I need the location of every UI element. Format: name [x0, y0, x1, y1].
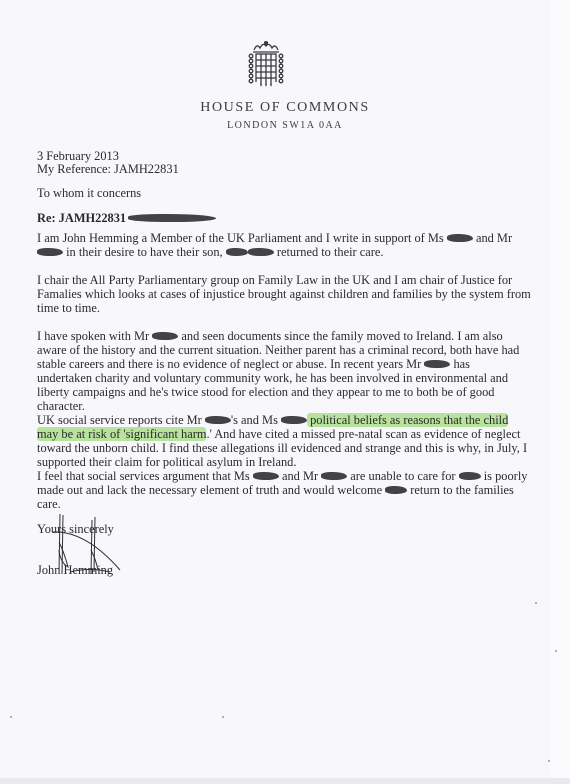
subject-reference: Re: JAMH22831 — [37, 211, 126, 225]
text-run: aware of the history and the current sit… — [37, 343, 519, 357]
letter-line: I am John Hemming a Member of the UK Par… — [37, 231, 512, 245]
redacted-name — [459, 472, 481, 480]
highlighted-text: may be at risk of 'significant harm — [37, 427, 206, 441]
text-run: liberty campaigns and he's twice stood f… — [37, 385, 494, 399]
text-run: supported their claim for political asyl… — [37, 455, 296, 469]
letter-line: UK social service reports cite Mr 's and… — [37, 413, 508, 427]
text-run: and Mr — [473, 231, 512, 245]
salutation: To whom it concerns — [37, 186, 141, 200]
scan-speck — [535, 602, 537, 604]
scan-speck — [10, 716, 12, 718]
text-run: character. — [37, 399, 85, 413]
letter-line: supported their claim for political asyl… — [37, 455, 296, 469]
portcullis-icon — [247, 40, 285, 88]
letter-line: may be at risk of 'significant harm.' An… — [37, 427, 520, 441]
scan-speck — [222, 716, 224, 718]
page-edge-right — [550, 0, 570, 784]
redacted-name — [253, 472, 279, 480]
text-run: and seen documents since the family move… — [178, 329, 502, 343]
text-run: in their desire to have their son, — [63, 245, 226, 259]
text-run: .' And have cited a missed pre-natal sca… — [206, 427, 520, 441]
redacted-name — [248, 248, 274, 256]
text-run: is poorly — [481, 469, 528, 483]
text-run: and Mr — [279, 469, 321, 483]
letter-line: in their desire to have their son, retur… — [37, 245, 384, 259]
text-run: returned to their care. — [274, 245, 384, 259]
redacted-name — [385, 486, 407, 494]
letter-line: stable careers and there is no evidence … — [37, 357, 470, 371]
text-run: I feel that social services argument tha… — [37, 469, 253, 483]
redacted-name — [37, 248, 63, 256]
redacted-name — [226, 248, 248, 256]
redacted-name — [424, 360, 450, 368]
text-run: Famalies which looks at cases of injusti… — [37, 287, 531, 301]
reference-number: My Reference: JAMH22831 — [37, 162, 179, 176]
letter-line: aware of the history and the current sit… — [37, 343, 519, 357]
text-run: UK social service reports cite Mr — [37, 413, 205, 427]
highlighted-text: political beliefs as reasons that the ch… — [307, 413, 508, 427]
text-run: 's and Ms — [231, 413, 281, 427]
text-run: I am John Hemming a Member of the UK Par… — [37, 231, 447, 245]
letter-line: character. — [37, 399, 85, 413]
text-run: made out and lack the necessary element … — [37, 483, 385, 497]
redacted-name — [321, 472, 347, 480]
letter-line: toward the unborn child. I find these al… — [37, 441, 527, 455]
organisation-name: HOUSE OF COMMONS — [0, 100, 570, 116]
letter-line: Famalies which looks at cases of injusti… — [37, 287, 531, 301]
text-run: care. — [37, 497, 61, 511]
text-run: I chair the All Party Parliamentary grou… — [37, 273, 512, 287]
text-run: I have spoken with Mr — [37, 329, 152, 343]
letter-line: time to time. — [37, 301, 100, 315]
text-run: return to the families — [407, 483, 514, 497]
letter-line: I chair the All Party Parliamentary grou… — [37, 273, 512, 287]
signature-scribble — [50, 512, 125, 582]
redacted-name — [152, 332, 178, 340]
redacted-name — [205, 416, 231, 424]
scan-speck — [548, 760, 550, 762]
text-run: toward the unborn child. I find these al… — [37, 441, 527, 455]
letter-line: care. — [37, 497, 61, 511]
redacted-subject-name — [128, 214, 216, 222]
text-run: undertaken charity and voluntary communi… — [37, 371, 508, 385]
letter-line: I feel that social services argument tha… — [37, 469, 527, 483]
subject-line: Re: JAMH22831 — [37, 211, 216, 225]
organisation-address: LONDON SW1A 0AA — [0, 120, 570, 131]
text-run: stable careers and there is no evidence … — [37, 357, 424, 371]
scan-speck — [555, 650, 557, 652]
redacted-name — [281, 416, 307, 424]
text-run: are unable to care for — [347, 469, 458, 483]
page-edge-bottom — [0, 778, 570, 784]
text-run: has — [450, 357, 470, 371]
letter-line: liberty campaigns and he's twice stood f… — [37, 385, 494, 399]
text-run: time to time. — [37, 301, 100, 315]
letter-line: made out and lack the necessary element … — [37, 483, 514, 497]
letter-line: I have spoken with Mr and seen documents… — [37, 329, 503, 343]
redacted-name — [447, 234, 473, 242]
letter-date: 3 February 2013 — [37, 149, 119, 163]
letter-line: undertaken charity and voluntary communi… — [37, 371, 508, 385]
